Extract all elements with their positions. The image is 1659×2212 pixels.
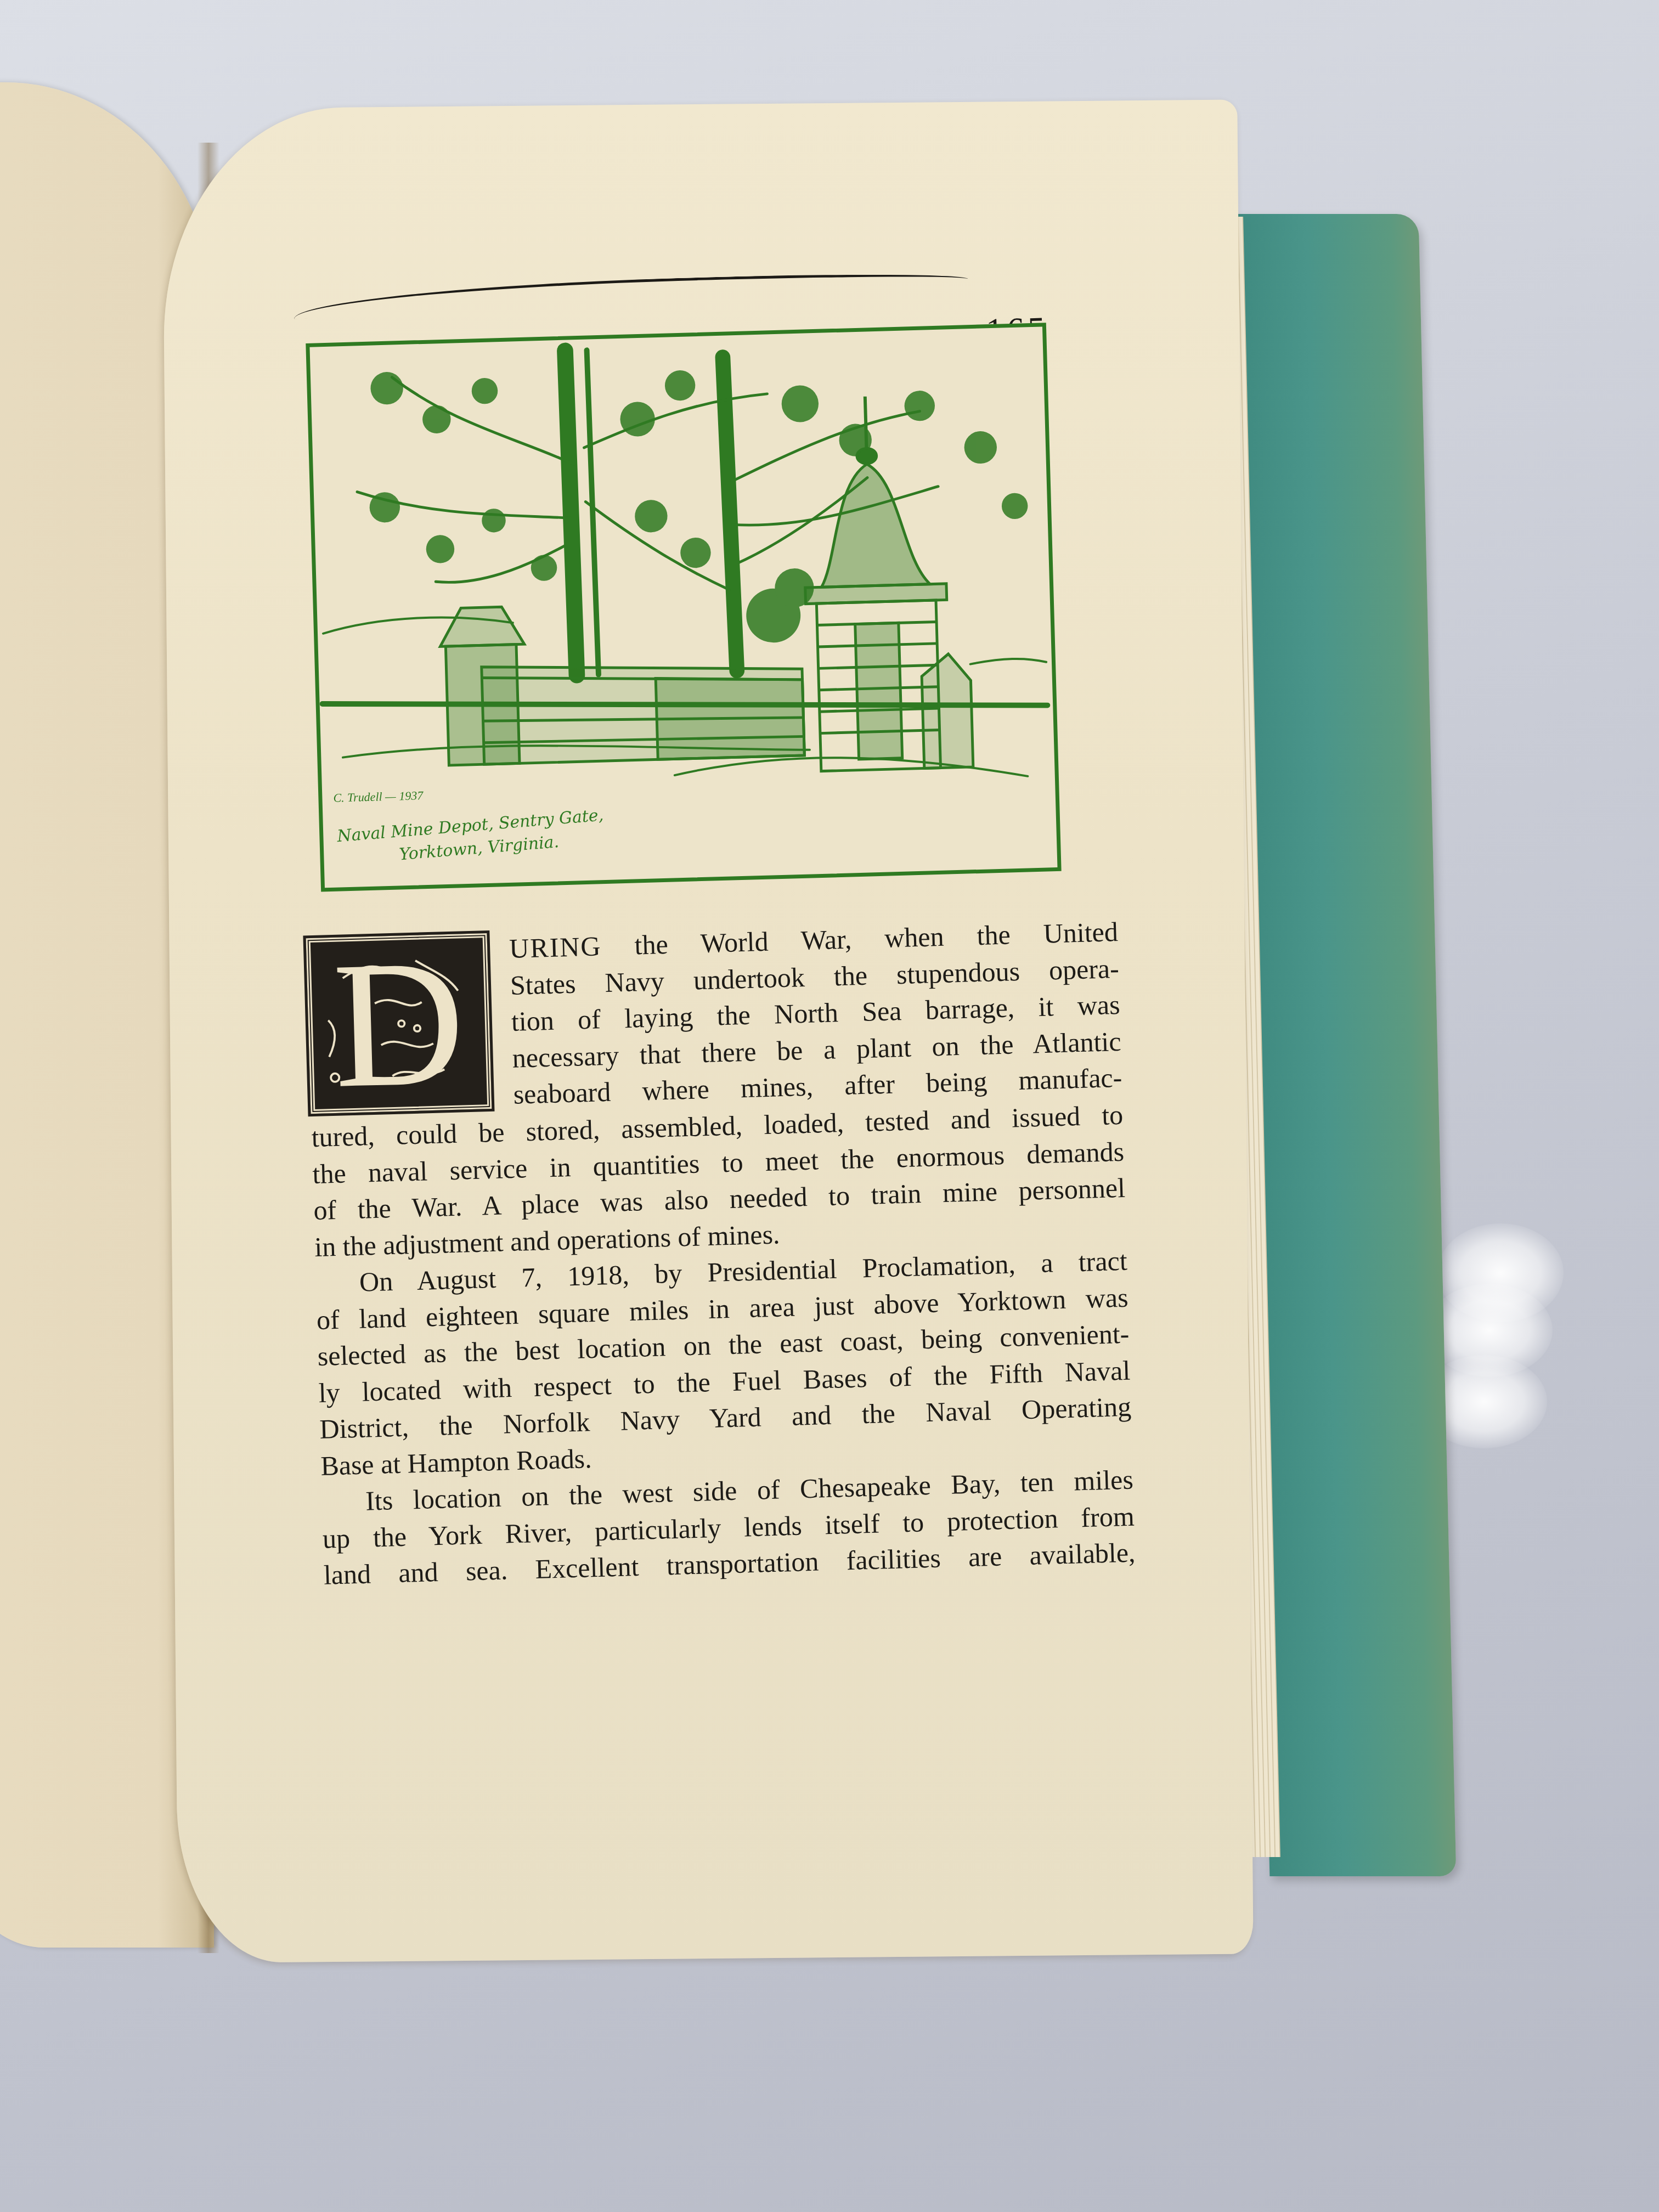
drop-cap-letter: D (331, 932, 466, 1116)
drop-cap: D (306, 933, 503, 1120)
body-text: D URING the World War, when the United S… (306, 913, 1136, 1593)
illustration: C. Trudell — 1937 Naval Mine Depot, Sent… (306, 323, 1061, 891)
ornamental-initial-icon: D (306, 933, 492, 1114)
header-rule (293, 270, 968, 319)
page-content: 165 (288, 84, 1116, 108)
right-page: 165 (162, 100, 1253, 1963)
sentry-gate-drawing (309, 326, 1057, 888)
first-word: URING (509, 930, 602, 964)
artist-signature: C. Trudell — 1937 (333, 788, 423, 805)
